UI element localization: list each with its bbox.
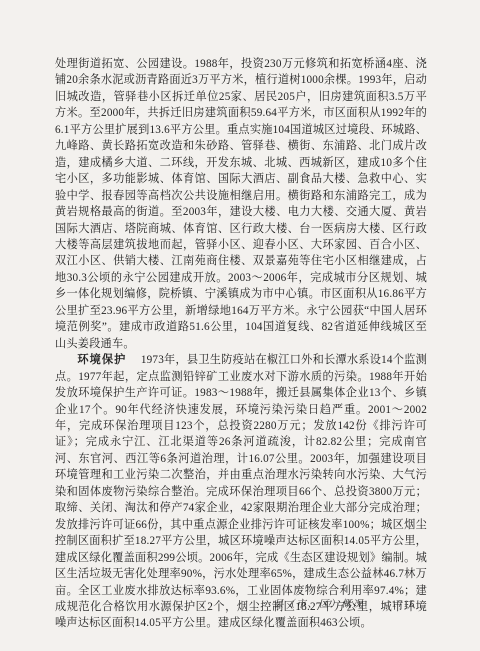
paragraph-environment-text: 1973年，县卫生防疫站在椒江口外和长潭水系设14个监测点。1977年起，定点监… <box>55 354 427 629</box>
body-text: 处理街道拓宽、公园建设。1988年，投资230万元修筑和拓宽桥涵4座、浇铺20余… <box>55 56 427 632</box>
paragraph-environment-heading: 环境保护 <box>77 354 126 366</box>
page-number: · 1715 · <box>384 599 423 610</box>
document-page: 处理街道拓宽、公园建设。1988年，投资230万元修筑和拓宽桥涵4座、浇铺20余… <box>0 0 480 651</box>
page-footer: 县（市、区）概况 · 1715 · <box>274 596 423 610</box>
paragraph-city-construction: 处理街道拓宽、公园建设。1988年，投资230万元修筑和拓宽桥涵4座、浇铺20余… <box>55 56 427 352</box>
paragraph-environment: 环境保护1973年，县卫生防疫站在椒江口外和长潭水系设14个监测点。1977年起… <box>55 352 427 632</box>
running-title: 县（市、区）概况 <box>274 596 364 610</box>
